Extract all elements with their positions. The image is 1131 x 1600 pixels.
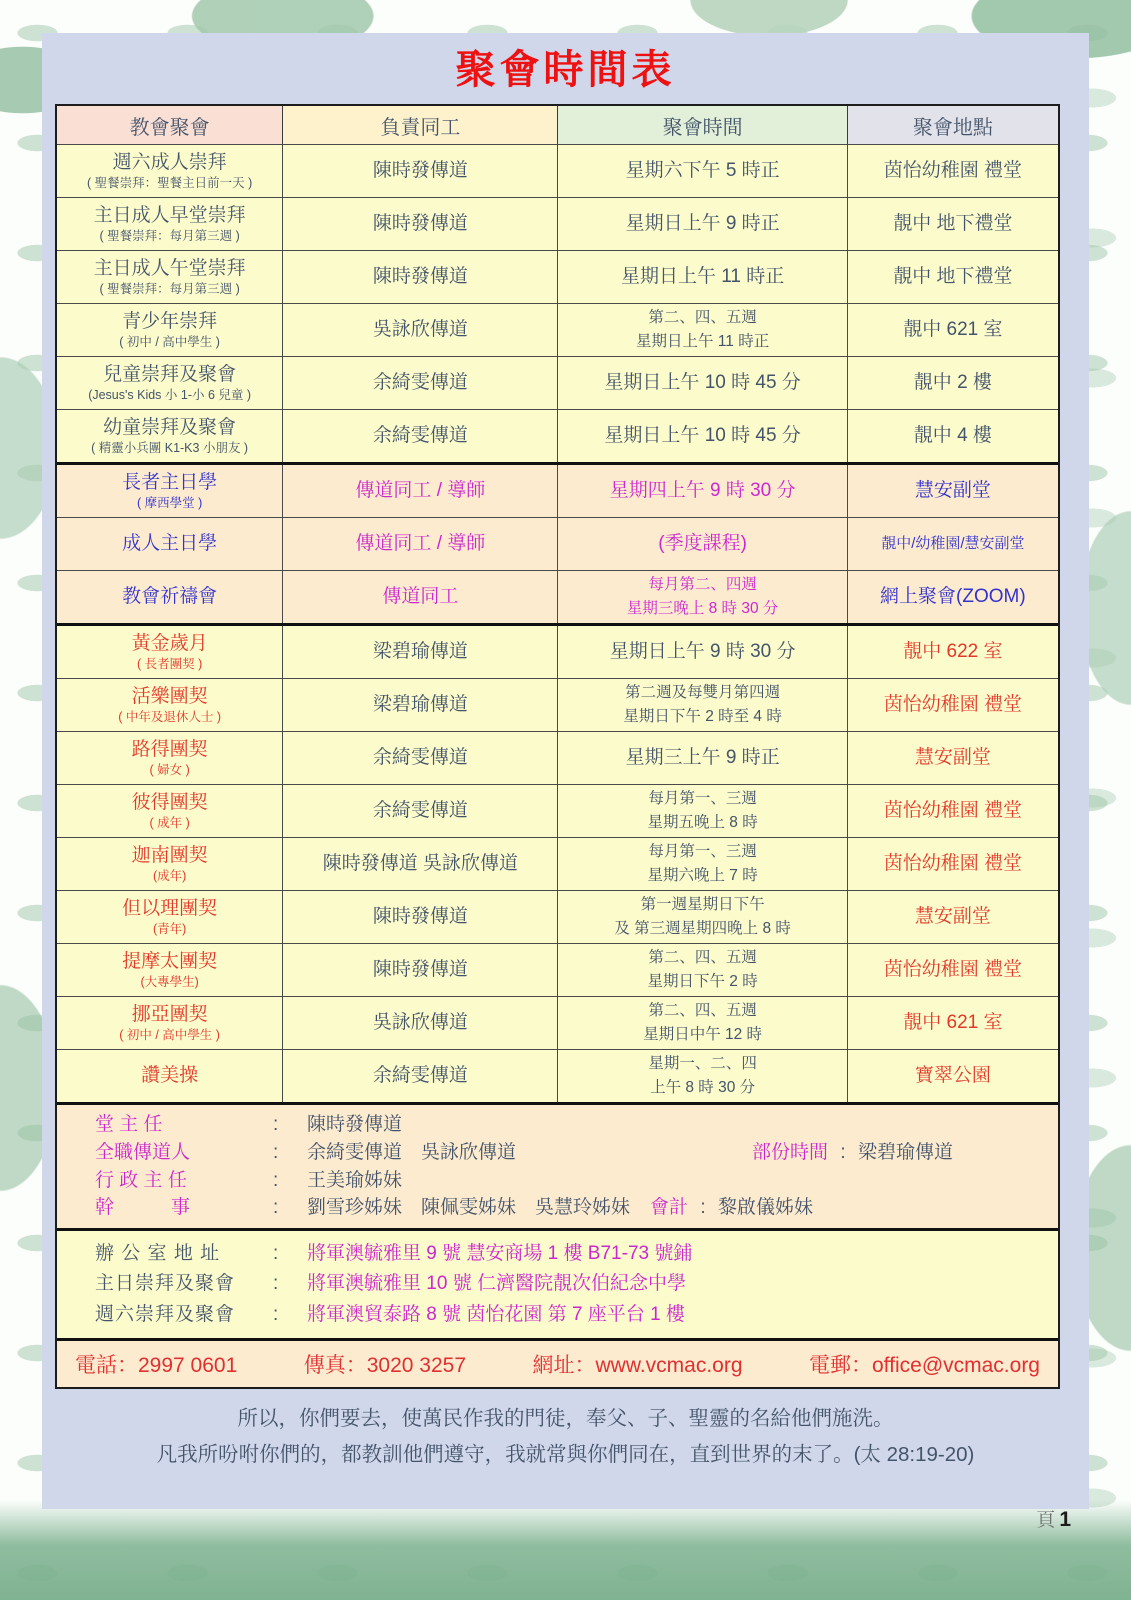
time-line: 星期五晚上 8 時: [648, 811, 758, 835]
meeting-name: 主日成人午堂崇拜: [94, 257, 246, 281]
address-value: 將軍澳毓雅里 10 號 仁濟醫院靚次伯紀念中學: [307, 1270, 686, 1299]
table-row: 挪亞團契 ( 初中 / 高中學生 ) 吳詠欣傳道 第二、四、五週星期日中午 12…: [57, 996, 1058, 1049]
meeting-name-cell: 讚美操: [57, 1050, 283, 1102]
contact-row: 電話：2997 0601 傳真：3020 3257 網址：www.vcmac.o…: [57, 1338, 1058, 1387]
staff-colon: :: [273, 1195, 307, 1221]
contact-separator: ：: [575, 1354, 596, 1377]
meeting-name-cell: 教會祈禱會: [57, 571, 283, 623]
time-line: 星期日下午 2 時: [648, 970, 758, 994]
meeting-name-cell: 提摩太團契 (大專學生): [57, 944, 283, 996]
staff-cell: 陳時發傳道 吳詠欣傳道: [283, 838, 558, 890]
meeting-name-cell: 路得團契 ( 婦女 ): [57, 732, 283, 784]
time-line: 星期日上午 10 時 45 分: [604, 424, 800, 448]
time-cell: 星期一、二、四上午 8 時 30 分: [558, 1050, 847, 1102]
time-cell: 第一週星期日下午及 第三週星期四晚上 8 時: [558, 891, 847, 943]
time-line: 星期四上午 9 時 30 分: [610, 479, 796, 503]
time-cell: 星期四上午 9 時 30 分: [558, 465, 847, 517]
place-cell: 慧安副堂: [848, 891, 1058, 943]
meeting-name: 青少年崇拜: [122, 310, 217, 334]
header-staff: 負責同工: [283, 106, 558, 144]
time-cell: 星期六下午 5 時正: [558, 145, 847, 197]
meeting-name: 活樂團契: [132, 685, 208, 709]
table-header-row: 教會聚會 負責同工 聚會時間 聚會地點: [57, 106, 1058, 144]
contact-label: 電話: [75, 1354, 117, 1377]
meeting-subtitle: (成年): [153, 869, 186, 885]
meeting-name-cell: 主日成人早堂崇拜 ( 聖餐崇拜：每月第三週 ): [57, 198, 283, 250]
staff-cell: 陳時發傳道: [283, 145, 558, 197]
header-time: 聚會時間: [558, 106, 847, 144]
time-cell: 每月第一、三週星期六晚上 7 時: [558, 838, 847, 890]
staff-cell: 梁碧瑜傳道: [283, 626, 558, 678]
meeting-name-cell: 但以理團契 (青年): [57, 891, 283, 943]
time-cell: 星期日上午 10 時 45 分: [558, 357, 847, 409]
meeting-name: 讚美操: [141, 1064, 198, 1088]
time-line: 第二、四、五週: [648, 999, 757, 1023]
time-line: 星期日上午 11 時正: [636, 330, 769, 354]
table-row: 提摩太團契 (大專學生) 陳時發傳道 第二、四、五週星期日下午 2 時 茵怡幼稚…: [57, 943, 1058, 996]
address-label: 主日崇拜及聚會: [95, 1270, 273, 1299]
staff-extra-names: 梁碧瑜傳道: [858, 1140, 953, 1166]
place-cell: 慧安副堂: [848, 732, 1058, 784]
contact-label: 網址: [533, 1354, 575, 1377]
meeting-subtitle: (大專學生): [140, 975, 198, 991]
table-row: 主日成人早堂崇拜 ( 聖餐崇拜：每月第三週 ) 陳時發傳道 星期日上午 9 時正…: [57, 197, 1058, 250]
contact-value: 3020 3257: [367, 1354, 466, 1377]
header-place: 聚會地點: [848, 106, 1058, 144]
time-line: 星期日上午 10 時 45 分: [604, 371, 800, 395]
schedule-table: 教會聚會 負責同工 聚會時間 聚會地點 週六成人崇拜 ( 聖餐崇拜：聖餐主日前一…: [55, 104, 1060, 1389]
meeting-subtitle: ( 聖餐崇拜：每月第三週 ): [99, 282, 239, 298]
staff-cell: 余綺雯傳道: [283, 732, 558, 784]
time-cell: 每月第一、三週星期五晚上 8 時: [558, 785, 847, 837]
staff-names: 陳時發傳道: [307, 1112, 402, 1138]
meeting-name-cell: 迦南團契 (成年): [57, 838, 283, 890]
time-line: 第二、四、五週: [648, 306, 757, 330]
place-cell: 靚中 622 室: [848, 626, 1058, 678]
staff-extra-names: 黎啟儀姊妹: [718, 1195, 813, 1221]
staff-names: 劉雪珍姊妹 陳佩雯姊妹 吳慧玲姊妹: [307, 1195, 630, 1221]
table-row: 活樂團契 ( 中年及退休人士 ) 梁碧瑜傳道 第二週及每雙月第四週星期日下午 2…: [57, 678, 1058, 731]
time-line: 星期日下午 2 時至 4 時: [623, 705, 781, 729]
meeting-subtitle: (Jesus's Kids 小 1-小 6 兒童 ): [88, 388, 251, 404]
staff-cell: 吳詠欣傳道: [283, 304, 558, 356]
contact-separator: ：: [117, 1354, 138, 1377]
staff-cell: 余綺雯傳道: [283, 410, 558, 462]
time-line: 第二、四、五週: [648, 946, 757, 970]
verse-line-1: 所以，你們要去，使萬民作我的門徒，奉父、子、聖靈的名給他們施洗。: [42, 1401, 1089, 1437]
time-line: 星期一、二、四: [648, 1052, 757, 1076]
contact-separator: ：: [346, 1354, 367, 1377]
time-cell: 星期日上午 10 時 45 分: [558, 410, 847, 462]
contact-item: 網址：www.vcmac.org: [533, 1349, 743, 1379]
table-row: 青少年崇拜 ( 初中 / 高中學生 ) 吳詠欣傳道 第二、四、五週星期日上午 1…: [57, 303, 1058, 356]
contact-item: 電話：2997 0601: [75, 1349, 237, 1379]
time-line: 星期日上午 9 時正: [626, 212, 780, 236]
staff-cell: 傳道同工 / 導師: [283, 465, 558, 517]
place-cell: 靚中 621 室: [848, 997, 1058, 1049]
meeting-name: 提摩太團契: [122, 950, 217, 974]
table-body: 週六成人崇拜 ( 聖餐崇拜：聖餐主日前一天 ) 陳時發傳道 星期六下午 5 時正…: [57, 144, 1058, 1102]
staff-row: 幹 事 : 劉雪珍姊妹 陳佩雯姊妹 吳慧玲姊妹 會計 : 黎啟儀姊妹: [95, 1194, 1058, 1222]
meeting-subtitle: ( 長者團契 ): [137, 657, 202, 673]
address-row: 主日崇拜及聚會 : 將軍澳毓雅里 10 號 仁濟醫院靚次伯紀念中學: [95, 1269, 1058, 1300]
staff-names: 余綺雯傳道 吳詠欣傳道: [307, 1140, 516, 1166]
place-cell: 靚中 621 室: [848, 304, 1058, 356]
staff-extra-colon: :: [688, 1195, 718, 1221]
meeting-name-cell: 主日成人午堂崇拜 ( 聖餐崇拜：每月第三週 ): [57, 251, 283, 303]
staff-cell: 陳時發傳道: [283, 891, 558, 943]
time-line: 每月第一、三週: [648, 840, 757, 864]
address-row: 週六崇拜及聚會 : 將軍澳貿泰路 8 號 茵怡花園 第 7 座平台 1 樓: [95, 1300, 1058, 1331]
meeting-name-cell: 挪亞團契 ( 初中 / 高中學生 ): [57, 997, 283, 1049]
place-cell: 茵怡幼稚園 禮堂: [848, 944, 1058, 996]
contact-item: 電郵：office@vcmac.org: [809, 1349, 1040, 1379]
meeting-name-cell: 兒童崇拜及聚會 (Jesus's Kids 小 1-小 6 兒童 ): [57, 357, 283, 409]
staff-cell: 余綺雯傳道: [283, 1050, 558, 1102]
time-cell: 第二週及每雙月第四週星期日下午 2 時至 4 時: [558, 679, 847, 731]
verse-line-2: 凡我所吩咐你們的，都教訓他們遵守，我就常與你們同在，直到世界的末了。(太 28:…: [42, 1437, 1089, 1473]
meeting-name-cell: 彼得團契 ( 成年 ): [57, 785, 283, 837]
time-line: 星期日中午 12 時: [643, 1023, 762, 1047]
address-row: 辦 公 室 地 址 : 將軍澳毓雅里 9 號 慧安商場 1 樓 B71-73 號…: [95, 1239, 1058, 1270]
place-cell: 靚中/幼稚園/慧安副堂: [848, 518, 1058, 570]
meeting-subtitle: (青年): [153, 922, 186, 938]
table-row: 主日成人午堂崇拜 ( 聖餐崇拜：每月第三週 ) 陳時發傳道 星期日上午 11 時…: [57, 250, 1058, 303]
place-cell: 靚中 2 樓: [848, 357, 1058, 409]
time-cell: 第二、四、五週星期日上午 11 時正: [558, 304, 847, 356]
time-line: 每月第二、四週: [648, 573, 757, 597]
meeting-name: 教會祈禱會: [122, 585, 217, 609]
table-row: 路得團契 ( 婦女 ) 余綺雯傳道 星期三上午 9 時正 慧安副堂: [57, 731, 1058, 784]
time-line: 星期三上午 9 時正: [626, 746, 780, 770]
scripture-verse: 所以，你們要去，使萬民作我的門徒，奉父、子、聖靈的名給他們施洗。 凡我所吩咐你們…: [42, 1401, 1089, 1473]
time-line: 星期三晚上 8 時 30 分: [627, 597, 779, 621]
meeting-name: 成人主日學: [122, 532, 217, 556]
table-row: 教會祈禱會 傳道同工 每月第二、四週星期三晚上 8 時 30 分 網上聚會(ZO…: [57, 570, 1058, 623]
staff-extra-label: 會計: [650, 1195, 688, 1221]
meeting-name-cell: 幼童崇拜及聚會 ( 精靈小兵團 K1-K3 小朋友 ): [57, 410, 283, 462]
staff-names: 王美瑜姊妹: [307, 1168, 402, 1194]
time-line: 上午 8 時 30 分: [650, 1076, 755, 1100]
page-number-value: 1: [1059, 1508, 1071, 1531]
staff-cell: 梁碧瑜傳道: [283, 679, 558, 731]
table-row: 迦南團契 (成年) 陳時發傳道 吳詠欣傳道 每月第一、三週星期六晚上 7 時 茵…: [57, 837, 1058, 890]
address-label: 週六崇拜及聚會: [95, 1301, 273, 1330]
meeting-name-cell: 青少年崇拜 ( 初中 / 高中學生 ): [57, 304, 283, 356]
staff-cell: 吳詠欣傳道: [283, 997, 558, 1049]
place-cell: 茵怡幼稚園 禮堂: [848, 679, 1058, 731]
page-title: 聚會時間表: [42, 33, 1089, 104]
meeting-name-cell: 黃金歲月 ( 長者團契 ): [57, 626, 283, 678]
meeting-name: 兒童崇拜及聚會: [103, 363, 236, 387]
table-row: 成人主日學 傳道同工 / 導師 (季度課程) 靚中/幼稚園/慧安副堂: [57, 517, 1058, 570]
meeting-subtitle: ( 精靈小兵團 K1-K3 小朋友 ): [91, 441, 248, 457]
staff-cell: 陳時發傳道: [283, 251, 558, 303]
page: { "colors":{ "navy":"#44546A","blue":"#3…: [0, 0, 1131, 1600]
staff-cell: 陳時發傳道: [283, 944, 558, 996]
table-row: 週六成人崇拜 ( 聖餐崇拜：聖餐主日前一天 ) 陳時發傳道 星期六下午 5 時正…: [57, 144, 1058, 197]
meeting-name: 長者主日學: [122, 471, 217, 495]
staff-cell: 傳道同工 / 導師: [283, 518, 558, 570]
table-row: 彼得團契 ( 成年 ) 余綺雯傳道 每月第一、三週星期五晚上 8 時 茵怡幼稚園…: [57, 784, 1058, 837]
staff-role-label: 行 政 主 任: [95, 1168, 273, 1194]
page-number-label: 頁: [1036, 1510, 1055, 1531]
staff-colon: :: [273, 1140, 307, 1166]
place-cell: 靚中 4 樓: [848, 410, 1058, 462]
meeting-name-cell: 週六成人崇拜 ( 聖餐崇拜：聖餐主日前一天 ): [57, 145, 283, 197]
meeting-name: 但以理團契: [122, 897, 217, 921]
time-cell: 第二、四、五週星期日中午 12 時: [558, 997, 847, 1049]
meeting-name: 迦南團契: [132, 844, 208, 868]
staff-extra-colon: :: [828, 1140, 858, 1166]
staff-role-label: 全職傳道人: [95, 1140, 273, 1166]
time-line: 第一週星期日下午: [641, 893, 765, 917]
place-cell: 茵怡幼稚園 禮堂: [848, 145, 1058, 197]
meeting-subtitle: ( 摩西學堂 ): [137, 496, 202, 512]
staff-colon: :: [273, 1168, 307, 1194]
address-value: 將軍澳毓雅里 9 號 慧安商場 1 樓 B71-73 號鋪: [307, 1240, 692, 1269]
time-cell: 每月第二、四週星期三晚上 8 時 30 分: [558, 571, 847, 623]
time-cell: 星期三上午 9 時正: [558, 732, 847, 784]
meeting-name: 週六成人崇拜: [113, 151, 227, 175]
table-row: 但以理團契 (青年) 陳時發傳道 第一週星期日下午及 第三週星期四晚上 8 時 …: [57, 890, 1058, 943]
staff-cell: 余綺雯傳道: [283, 357, 558, 409]
time-line: 每月第一、三週: [648, 787, 757, 811]
contact-separator: ：: [851, 1354, 872, 1377]
staff-cell: 傳道同工: [283, 571, 558, 623]
staff-role-label: 幹 事: [95, 1195, 273, 1221]
meeting-subtitle: ( 成年 ): [149, 816, 189, 832]
meeting-name: 幼童崇拜及聚會: [103, 416, 236, 440]
table-row: 幼童崇拜及聚會 ( 精靈小兵團 K1-K3 小朋友 ) 余綺雯傳道 星期日上午 …: [57, 409, 1058, 462]
time-cell: (季度課程): [558, 518, 847, 570]
meeting-name-cell: 成人主日學: [57, 518, 283, 570]
table-row: 長者主日學 ( 摩西學堂 ) 傳道同工 / 導師 星期四上午 9 時 30 分 …: [57, 462, 1058, 517]
time-line: 星期六晚上 7 時: [648, 864, 758, 888]
meeting-name: 路得團契: [132, 738, 208, 762]
time-cell: 星期日上午 9 時 30 分: [558, 626, 847, 678]
contact-item: 傳真：3020 3257: [304, 1349, 466, 1379]
meeting-subtitle: ( 初中 / 高中學生 ): [119, 335, 220, 351]
address-value: 將軍澳貿泰路 8 號 茵怡花園 第 7 座平台 1 樓: [307, 1301, 685, 1330]
staff-row: 全職傳道人 : 余綺雯傳道 吳詠欣傳道 部份時間 : 梁碧瑜傳道: [95, 1139, 1058, 1167]
meeting-name-cell: 活樂團契 ( 中年及退休人士 ): [57, 679, 283, 731]
staff-extra-pair: 部份時間 : 梁碧瑜傳道: [752, 1140, 953, 1166]
meeting-subtitle: ( 聖餐崇拜：每月第三週 ): [99, 229, 239, 245]
contact-label: 傳真: [304, 1354, 346, 1377]
contact-value: www.vcmac.org: [596, 1354, 743, 1377]
meeting-name: 黃金歲月: [132, 632, 208, 656]
staff-section: 堂 主 任 : 陳時發傳道 全職傳道人 : 余綺雯傳道 吳詠欣傳道 部份時間 :…: [57, 1102, 1058, 1228]
schedule-panel: 聚會時間表 教會聚會 負責同工 聚會時間 聚會地點 週六成人崇拜 ( 聖餐崇拜：…: [42, 33, 1089, 1509]
place-cell: 寶翠公園: [848, 1050, 1058, 1102]
time-cell: 第二、四、五週星期日下午 2 時: [558, 944, 847, 996]
address-colon: :: [273, 1270, 307, 1299]
time-cell: 星期日上午 11 時正: [558, 251, 847, 303]
table-row: 讚美操 余綺雯傳道 星期一、二、四上午 8 時 30 分 寶翠公園: [57, 1049, 1058, 1102]
meeting-subtitle: ( 聖餐崇拜：聖餐主日前一天 ): [87, 176, 252, 192]
contact-label: 電郵: [809, 1354, 851, 1377]
place-cell: 靚中 地下禮堂: [848, 198, 1058, 250]
staff-cell: 陳時發傳道: [283, 198, 558, 250]
contact-value: 2997 0601: [138, 1354, 237, 1377]
time-line: 星期日上午 11 時正: [621, 265, 784, 289]
meeting-subtitle: ( 中年及退休人士 ): [118, 710, 221, 726]
staff-extra-label: 部份時間: [752, 1140, 828, 1166]
meeting-subtitle: ( 初中 / 高中學生 ): [119, 1028, 220, 1044]
time-line: 星期日上午 9 時 30 分: [610, 640, 796, 664]
address-section: 辦 公 室 地 址 : 將軍澳毓雅里 9 號 慧安商場 1 樓 B71-73 號…: [57, 1228, 1058, 1339]
meeting-name: 彼得團契: [132, 791, 208, 815]
place-cell: 茵怡幼稚園 禮堂: [848, 785, 1058, 837]
place-cell: 茵怡幼稚園 禮堂: [848, 838, 1058, 890]
contact-value: office@vcmac.org: [872, 1354, 1040, 1377]
meeting-name: 主日成人早堂崇拜: [94, 204, 246, 228]
time-line: 及 第三週星期四晚上 8 時: [614, 917, 791, 941]
place-cell: 慧安副堂: [848, 465, 1058, 517]
staff-role-label: 堂 主 任: [95, 1112, 273, 1138]
meeting-name-cell: 長者主日學 ( 摩西學堂 ): [57, 465, 283, 517]
header-church-meeting: 教會聚會: [57, 106, 283, 144]
meeting-name: 挪亞團契: [132, 1003, 208, 1027]
page-number: 頁1: [1036, 1505, 1071, 1532]
place-cell: 網上聚會(ZOOM): [848, 571, 1058, 623]
time-line: 第二週及每雙月第四週: [625, 681, 780, 705]
address-colon: :: [273, 1240, 307, 1269]
address-colon: :: [273, 1301, 307, 1330]
time-line: 星期六下午 5 時正: [626, 159, 780, 183]
staff-extra-pair: 會計 : 黎啟儀姊妹: [650, 1195, 813, 1221]
time-cell: 星期日上午 9 時正: [558, 198, 847, 250]
staff-row: 行 政 主 任 : 王美瑜姊妹: [95, 1167, 1058, 1195]
place-cell: 靚中 地下禮堂: [848, 251, 1058, 303]
staff-row: 堂 主 任 : 陳時發傳道: [95, 1111, 1058, 1139]
time-line: (季度課程): [658, 532, 747, 556]
staff-cell: 余綺雯傳道: [283, 785, 558, 837]
address-label: 辦 公 室 地 址: [95, 1240, 273, 1269]
table-row: 黃金歲月 ( 長者團契 ) 梁碧瑜傳道 星期日上午 9 時 30 分 靚中 62…: [57, 623, 1058, 678]
meeting-subtitle: ( 婦女 ): [149, 763, 189, 779]
table-row: 兒童崇拜及聚會 (Jesus's Kids 小 1-小 6 兒童 ) 余綺雯傳道…: [57, 356, 1058, 409]
staff-colon: :: [273, 1112, 307, 1138]
